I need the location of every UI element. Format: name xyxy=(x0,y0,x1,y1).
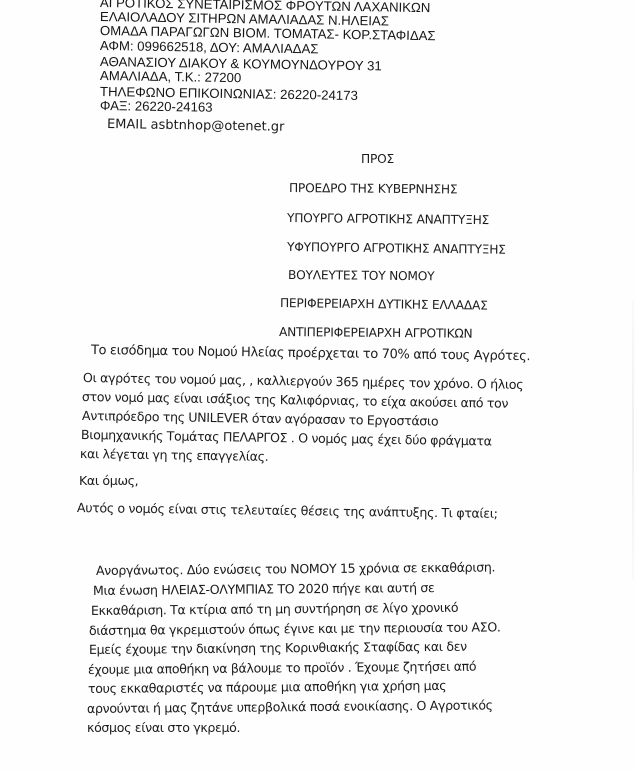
paragraph-line: διάστημα θα γκρεμιστούν όπως έγινε και μ… xyxy=(89,619,501,638)
paragraph-line: Μια ένωση ΗΛΕΙΑΣ-ΟΛΥΜΠΙΑΣ ΤΟ 2020 πήγε κ… xyxy=(93,580,435,598)
paragraph-line: τους εκκαθαριστές να πάρουμε μια αποθήκη… xyxy=(88,678,446,696)
letterhead-email-line: EMAIL asbtnhop@otenet.gr xyxy=(107,117,285,135)
scan-edge-shadow xyxy=(632,300,634,580)
paragraph-line: Ανοργάνωτος. Δύο ενώσεις του ΝΟΜΟΥ 15 χρ… xyxy=(96,560,495,578)
email-label: EMAIL xyxy=(107,117,147,133)
recipients-heading: ΠΡΟΣ xyxy=(361,152,394,166)
scanned-letter-page: ΑΓΡΟΤΙΚΟΣ ΣΥΝΕΤΑΙΡΙΣΜΟΣ ΦΡΟΥΤΩΝ ΛΑΧΑΝΙΚΩ… xyxy=(0,0,637,770)
paragraph-line: Εμείς έχουμε την διακίνηση της Κορινθιακ… xyxy=(89,639,467,657)
question-line: Αυτός ο νομός είναι στις τελευταίες θέσε… xyxy=(77,500,498,521)
paragraph-line: Βιομηχανικής Τομάτας ΠΕΛΑΡΓΟΣ . Ο νομός … xyxy=(81,427,492,448)
recipient-prime-minister: ΠΡΟΕΔΡΟ ΤΗΣ ΚΥΒΕΡΝΗΣΗΣ xyxy=(289,181,458,196)
income-statement: Το εισόδημα του Νομού Ηλείας προέρχεται … xyxy=(91,343,530,364)
paragraph-line: και λέγεται γη της επαγγελίας. xyxy=(80,446,269,464)
recipient-deputy-regional-governor: ΑΝΤΙΠΕΡΙΦΕΡΕΙΑΡΧΗ ΑΓΡΟΤΙΚΩΝ xyxy=(279,325,473,341)
paragraph-line: κόσμος είναι στο γκρεμό. xyxy=(87,720,240,735)
email-link[interactable]: asbtnhop@otenet.gr xyxy=(150,118,284,135)
paragraph-line: Οι αγρότες του νομού μας, , καλλιεργούν … xyxy=(83,370,523,392)
however-line: Και όμως, xyxy=(79,473,138,488)
paragraph-line: έχουμε μια αποθήκη να βάλουμε το προϊόν … xyxy=(88,659,476,677)
recipient-deputy-minister-agriculture: ΥΦΥΠΟΥΡΓΟ ΑΓΡΟΤΙΚΗΣ ΑΝΑΠΤΥΞΗΣ xyxy=(287,240,506,257)
paragraph-line: αρνούνται ή μας ζητάνε υπερβολικά ποσά ε… xyxy=(87,697,493,716)
letterhead-line-fax: ΦΑΞ: 26220-24163 xyxy=(100,98,213,115)
recipient-regional-governor: ΠΕΡΙΦΕΡΕΙΑΡΧΗ ΔΥΤΙΚΗΣ ΕΛΛΑΔΑΣ xyxy=(280,296,488,313)
letterhead-line-postcode: ΑΜΑΛΙΑΔΑ, Τ.Κ.: 27200 xyxy=(100,68,241,85)
paragraph-line: στον νομό μας είναι ισάξιος της Καλιφόρν… xyxy=(82,389,508,411)
recipient-prefecture-mps: ΒΟΥΛΕΥΤΕΣ ΤΟΥ ΝΟΜΟΥ xyxy=(288,268,435,283)
paragraph-line: Αντιπρόεδρο της UNILEVER όταν αγόρασαν τ… xyxy=(82,408,439,429)
paragraph-line: Εκκαθάριση. Τα κτίρια από τη μη συντήρησ… xyxy=(91,600,458,618)
recipient-minister-agriculture: ΥΠΟΥΡΓΟ ΑΓΡΟΤΙΚΗΣ ΑΝΑΠΤΥΞΗΣ xyxy=(287,211,489,227)
